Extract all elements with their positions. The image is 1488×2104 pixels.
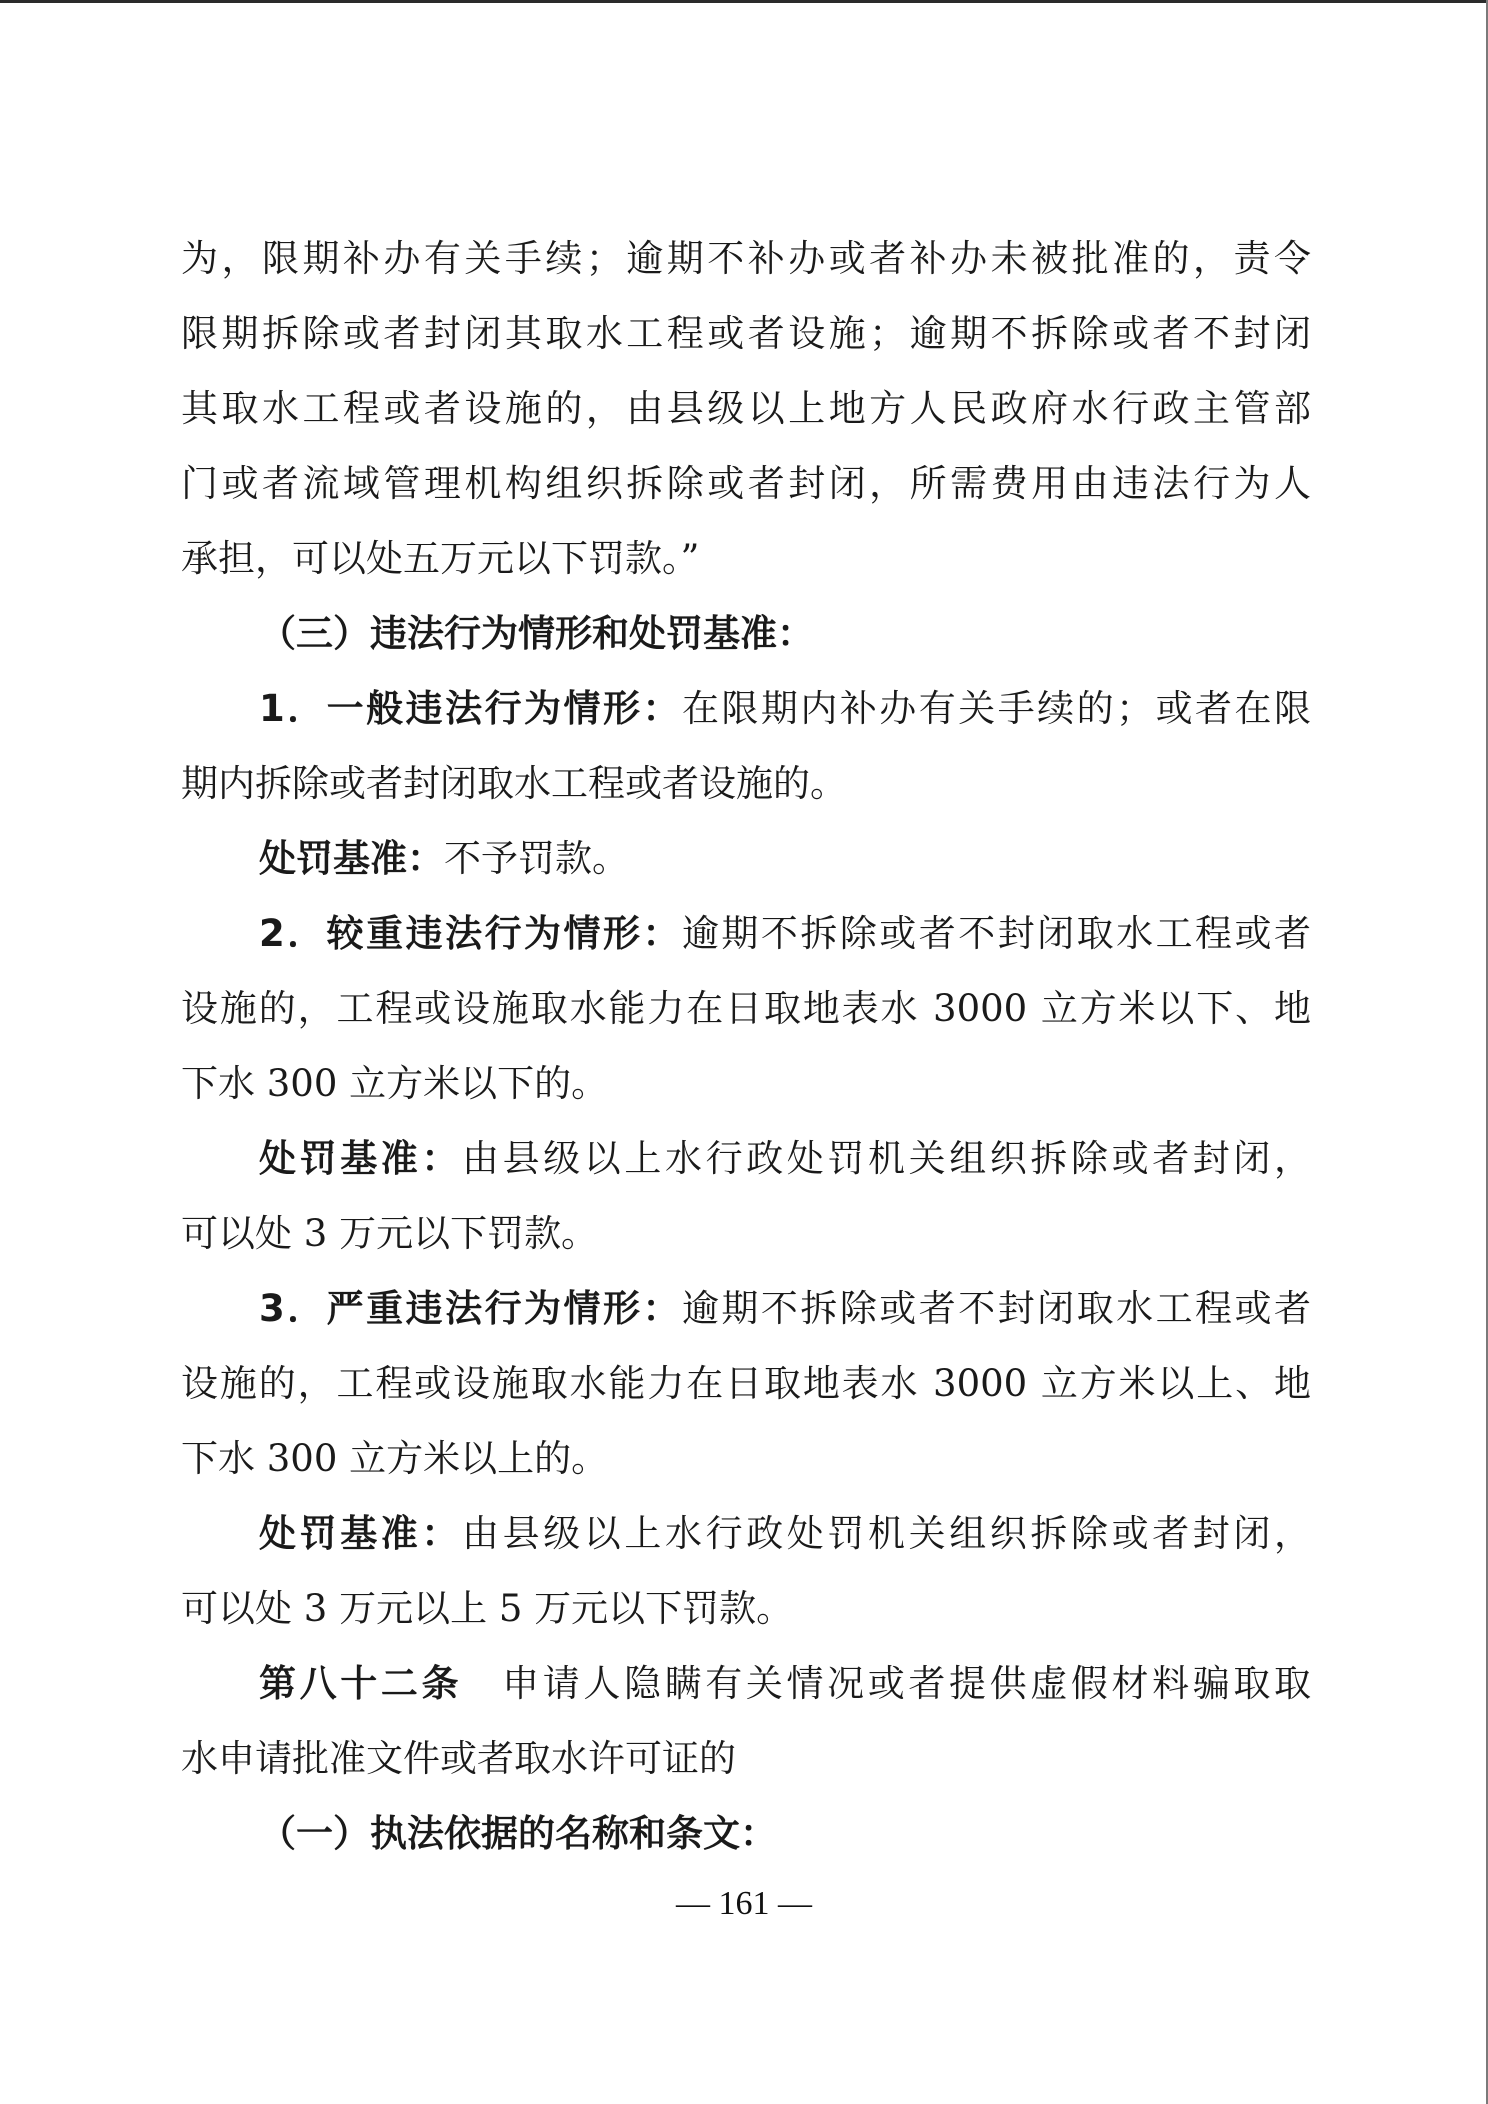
penalty-label: 处罚基准： xyxy=(259,837,444,880)
article-label: 第八十二条 xyxy=(259,1662,462,1705)
item2-label: 2．较重违法行为情形： xyxy=(259,912,682,955)
penalty-text: 由县级以上水行政处罚机关组织拆除或者封闭， xyxy=(462,1512,1311,1555)
item2-text-line3: 下水 300 立方米以下的。 xyxy=(181,1054,1311,1114)
item1-text-line2: 期内拆除或者封闭取水工程或者设施的。 xyxy=(181,754,1311,814)
item3-penalty-line2: 可以处 3 万元以上 5 万元以下罚款。 xyxy=(181,1579,1311,1639)
page-number: — 161 — xyxy=(0,1882,1488,1926)
penalty-text: 不予罚款。 xyxy=(444,837,629,880)
article-82-line: 第八十二条申请人隐瞒有关情况或者提供虚假材料骗取取 xyxy=(259,1654,1311,1714)
article-82-line2: 水申请批准文件或者取水许可证的 xyxy=(181,1729,1311,1789)
item1-penalty: 处罚基准：不予罚款。 xyxy=(259,829,1311,889)
item3-label: 3．严重违法行为情形： xyxy=(259,1287,682,1330)
item3-penalty: 处罚基准：由县级以上水行政处罚机关组织拆除或者封闭， xyxy=(259,1504,1311,1564)
item3-line: 3．严重违法行为情形：逾期不拆除或者不封闭取水工程或者 xyxy=(259,1279,1311,1339)
section-heading: （三）违法行为情形和处罚基准： xyxy=(259,604,1311,664)
item2-text-line2: 设施的，工程或设施取水能力在日取地表水 3000 立方米以下、地 xyxy=(181,979,1311,1039)
item3-text-line3: 下水 300 立方米以上的。 xyxy=(181,1429,1311,1489)
body-line: 为，限期补办有关手续；逾期不补办或者补办未被批准的，责令 xyxy=(181,229,1311,289)
article-text: 申请人隐瞒有关情况或者提供虚假材料骗取取 xyxy=(502,1662,1311,1705)
body-line: 限期拆除或者封闭其取水工程或者设施；逾期不拆除或者不封闭 xyxy=(181,304,1311,364)
item1-line: 1．一般违法行为情形：在限期内补办有关手续的；或者在限 xyxy=(259,679,1311,739)
penalty-text: 由县级以上水行政处罚机关组织拆除或者封闭， xyxy=(462,1137,1311,1180)
body-line: 门或者流域管理机构组织拆除或者封闭，所需费用由违法行为人 xyxy=(181,454,1311,514)
item2-penalty: 处罚基准：由县级以上水行政处罚机关组织拆除或者封闭， xyxy=(259,1129,1311,1189)
penalty-label: 处罚基准： xyxy=(259,1137,462,1180)
item3-text: 逾期不拆除或者不封闭取水工程或者 xyxy=(682,1287,1311,1330)
item2-line: 2．较重违法行为情形：逾期不拆除或者不封闭取水工程或者 xyxy=(259,904,1311,964)
body-line: 其取水工程或者设施的，由县级以上地方人民政府水行政主管部 xyxy=(181,379,1311,439)
item1-label: 1．一般违法行为情形： xyxy=(259,687,682,730)
subsection-heading: （一）执法依据的名称和条文： xyxy=(259,1804,1311,1864)
page-top-border xyxy=(0,0,1488,3)
body-line: 承担，可以处五万元以下罚款。” xyxy=(181,529,1311,589)
penalty-label: 处罚基准： xyxy=(259,1512,462,1555)
item3-text-line2: 设施的，工程或设施取水能力在日取地表水 3000 立方米以上、地 xyxy=(181,1354,1311,1414)
item2-text: 逾期不拆除或者不封闭取水工程或者 xyxy=(682,912,1311,955)
item1-text: 在限期内补办有关手续的；或者在限 xyxy=(682,687,1311,730)
item2-penalty-line2: 可以处 3 万元以下罚款。 xyxy=(181,1204,1311,1264)
